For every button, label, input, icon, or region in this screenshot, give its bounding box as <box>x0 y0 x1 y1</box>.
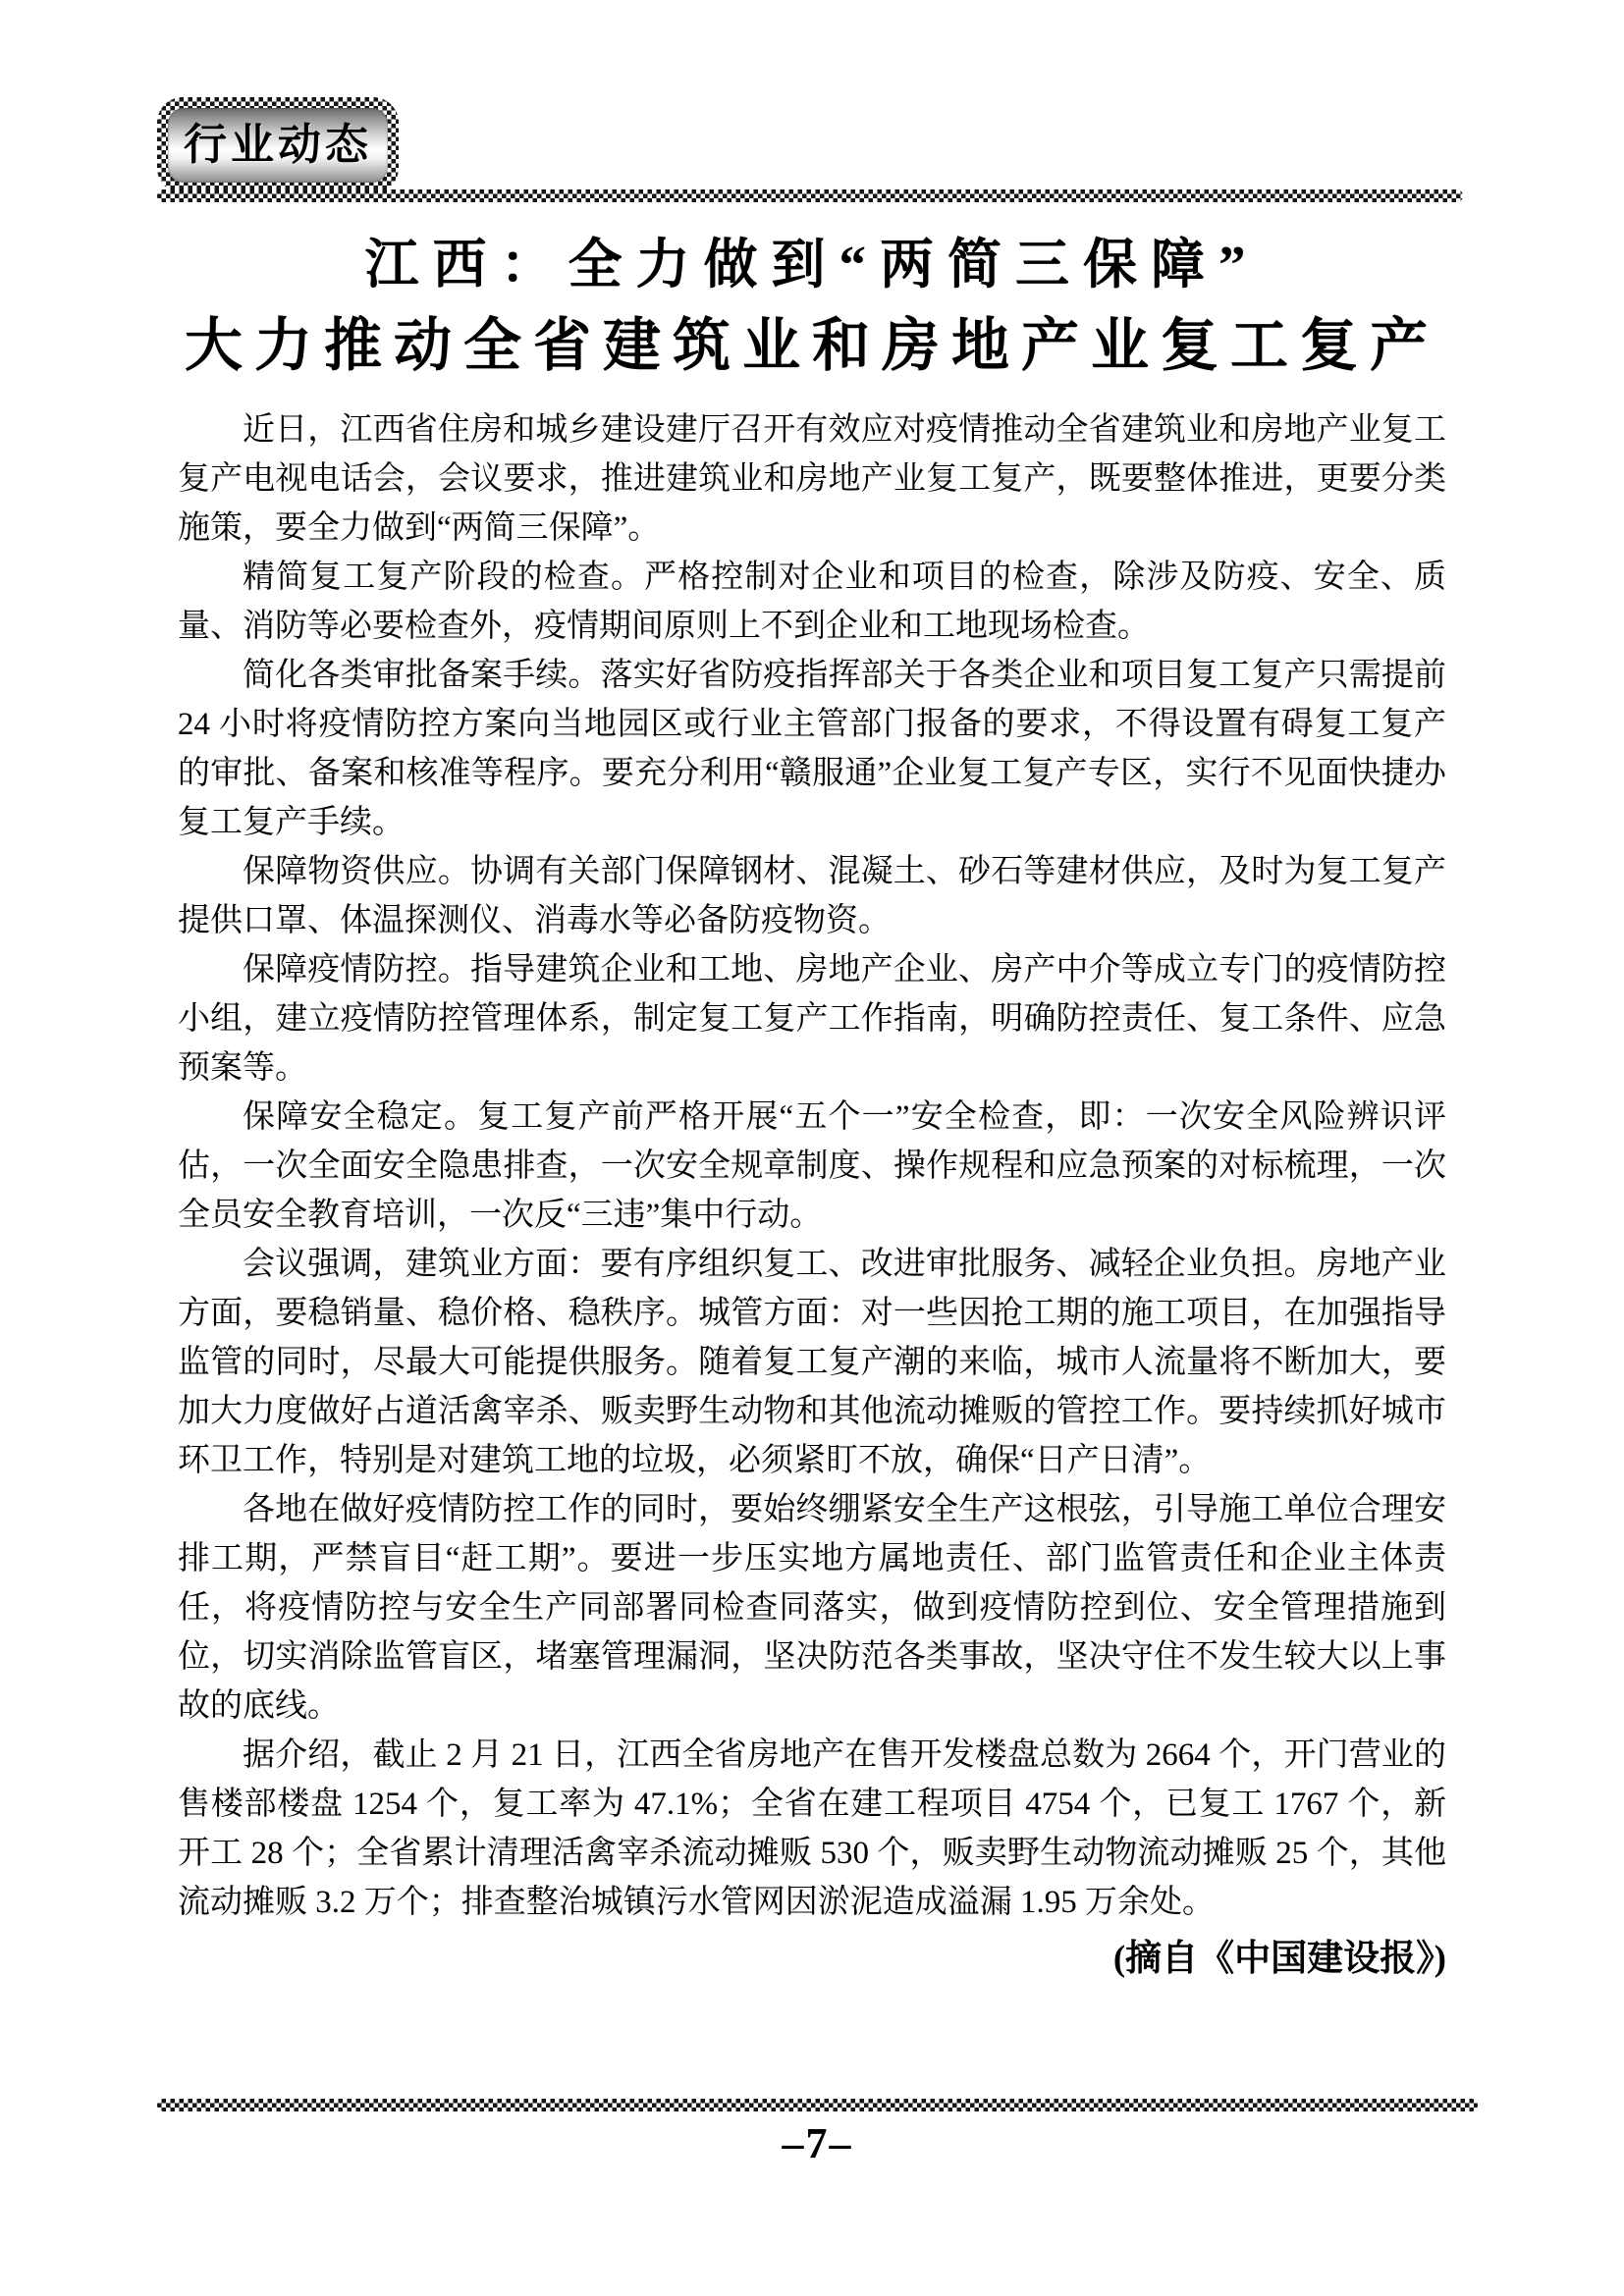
paragraph: 近日，江西省住房和城乡建设建厅召开有效应对疫情推动全省建筑业和房地产业复工复产电… <box>178 405 1446 553</box>
paragraph: 保障物资供应。协调有关部门保障钢材、混凝土、砂石等建材供应，及时为复工复产提供口… <box>178 847 1446 945</box>
document-page: 行业动态 江西：全力做到“两简三保障” 大力推动全省建筑业和房地产业复工复产 近… <box>0 0 1624 2296</box>
article-body: 近日，江西省住房和城乡建设建厅召开有效应对疫情推动全省建筑业和房地产业复工复产电… <box>178 405 1446 1984</box>
paragraph: 各地在做好疫情防控工作的同时，要始终绷紧安全生产这根弦，引导施工单位合理安排工期… <box>178 1485 1446 1731</box>
paragraph: 保障安全稳定。复工复产前严格开展“五个一”安全检查，即：一次安全风险辨识评估，一… <box>178 1093 1446 1240</box>
paragraph: 据介绍，截止 2 月 21 日，江西全省房地产在售开发楼盘总数为 2664 个，… <box>178 1731 1446 1927</box>
section-badge: 行业动态 <box>157 97 399 193</box>
footer-divider <box>157 2099 1478 2111</box>
page-number: –7– <box>157 2118 1478 2168</box>
paragraph: 保障疫情防控。指导建筑企业和工地、房地产企业、房产中介等成立专门的疫情防控小组，… <box>178 945 1446 1093</box>
article-title-line2: 大力推动全省建筑业和房地产业复工复产 <box>178 309 1446 382</box>
article-title: 江西：全力做到“两简三保障” 大力推动全省建筑业和房地产业复工复产 <box>178 229 1446 382</box>
article-title-line1: 江西：全力做到“两简三保障” <box>178 229 1446 301</box>
paragraph: 会议强调，建筑业方面：要有序组织复工、改进审批服务、减轻企业负担。房地产业方面，… <box>178 1240 1446 1485</box>
section-badge-inner: 行业动态 <box>168 108 388 183</box>
header-divider <box>157 189 1463 202</box>
paragraph: 精简复工复产阶段的检查。严格控制对企业和项目的检查，除涉及防疫、安全、质量、消防… <box>178 553 1446 651</box>
section-badge-label: 行业动态 <box>184 121 372 169</box>
paragraph: 简化各类审批备案手续。落实好省防疫指挥部关于各类企业和项目复工复产只需提前 24… <box>178 651 1446 847</box>
attribution: (摘自《中国建设报》) <box>178 1935 1446 1984</box>
